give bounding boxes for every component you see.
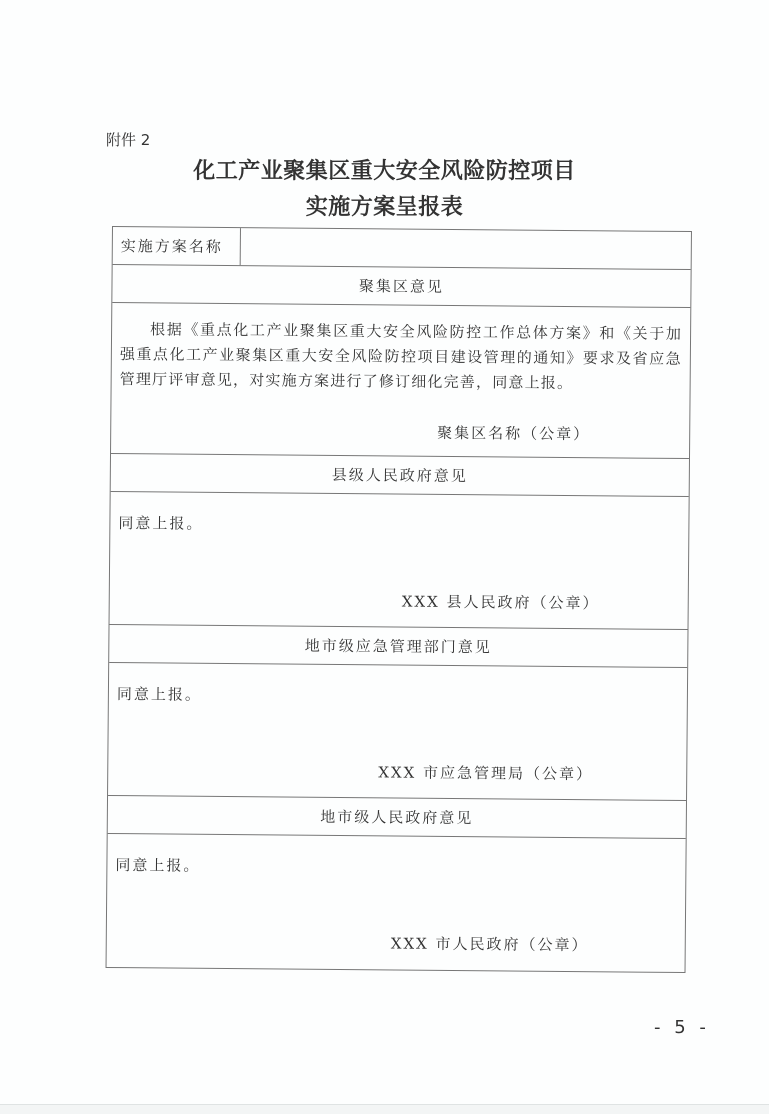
section-body-cluster: 根据《重点化工产业聚集区重大安全风险防控工作总体方案》和《关于加强重点化工产业聚…	[111, 303, 690, 459]
section-body-county: 同意上报。 XXX 县人民政府（公章）	[110, 492, 689, 630]
page-edge-strip	[0, 1105, 769, 1114]
city-emergency-opinion-text: 同意上报。	[117, 683, 679, 709]
city-emergency-seal: XXX 市应急管理局（公章）	[378, 761, 593, 784]
section-header-city-government: 地市级人民政府意见	[108, 796, 686, 839]
city-government-seal: XXX 市人民政府（公章）	[391, 932, 589, 955]
plan-name-field[interactable]	[241, 228, 691, 269]
plan-name-row: 实施方案名称	[113, 227, 691, 270]
cluster-seal: 聚集区名称（公章）	[437, 421, 590, 447]
attachment-label: 附件 2	[106, 129, 150, 150]
plan-name-label: 实施方案名称	[113, 227, 241, 265]
county-opinion-text: 同意上报。	[118, 512, 680, 538]
cluster-opinion-text: 根据《重点化工产业聚集区重大安全风险防控工作总体方案》和《关于加强重点化工产业聚…	[120, 317, 683, 397]
section-header-city-emergency: 地市级应急管理部门意见	[109, 625, 687, 668]
document-title-line1: 化工产业聚集区重大安全风险防控项目	[0, 154, 769, 185]
report-form-table: 实施方案名称 聚集区意见 根据《重点化工产业聚集区重大安全风险防控工作总体方案》…	[106, 226, 692, 973]
document-title-line2: 实施方案呈报表	[0, 190, 769, 221]
section-header-cluster: 聚集区意见	[112, 265, 690, 308]
section-body-city-emergency: 同意上报。 XXX 市应急管理局（公章）	[108, 663, 687, 801]
county-seal: XXX 县人民政府（公章）	[402, 591, 600, 614]
city-government-opinion-text: 同意上报。	[115, 854, 677, 880]
section-header-county: 县级人民政府意见	[111, 454, 689, 497]
section-body-city-government: 同意上报。 XXX 市人民政府（公章）	[107, 834, 686, 972]
page-number: - 5 -	[654, 1017, 710, 1038]
